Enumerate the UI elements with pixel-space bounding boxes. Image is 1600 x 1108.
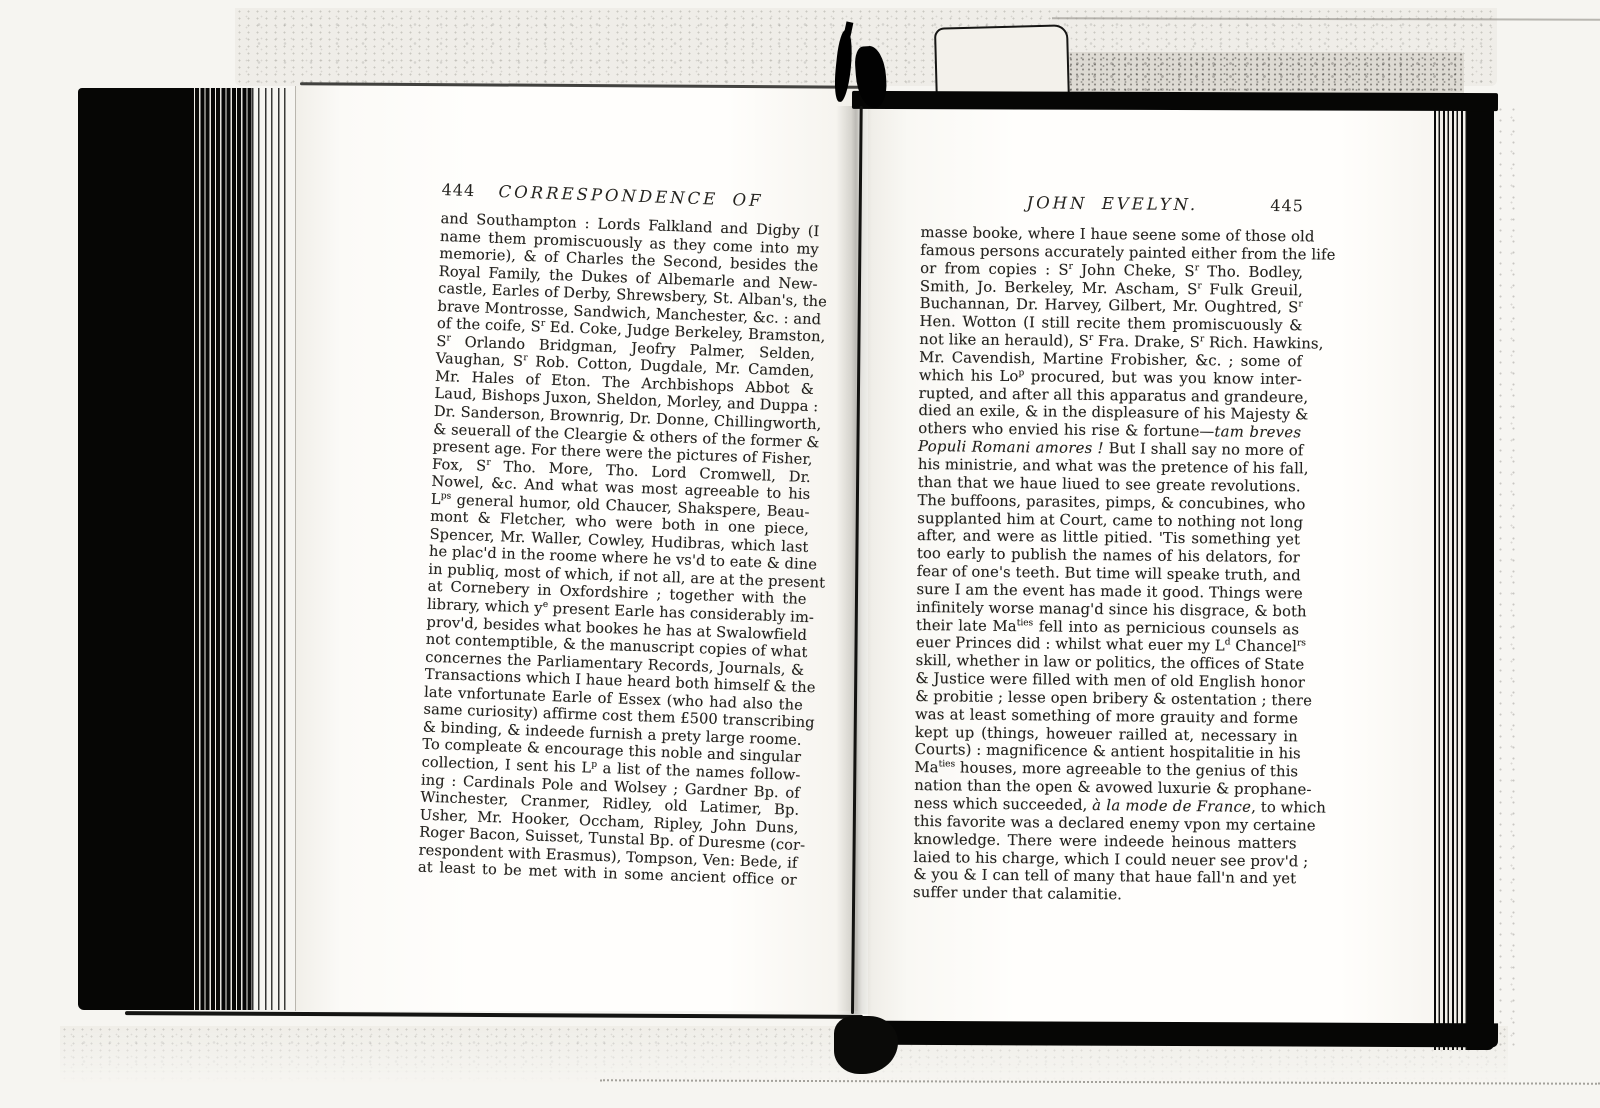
right-page-text: masse booke, where I haue seene some of … (913, 224, 1304, 906)
book-bottom-edge-line (125, 1011, 863, 1019)
right-page-header: JOHN EVELYN. 445 (921, 192, 1304, 216)
book-left-edge-fray (252, 88, 288, 1010)
right-page-number: 445 (1258, 196, 1304, 216)
book-right-edge-noise (1494, 104, 1522, 1050)
right-page-content: JOHN EVELYN. 445 masse booke, where I ha… (913, 192, 1304, 906)
left-page-content: 444 CORRESPONDENCE OF and Southampton : … (418, 180, 821, 890)
right-header-spacer (921, 207, 967, 208)
book-right-edge-streaks (1434, 104, 1467, 1050)
book-left-edge-core (78, 88, 190, 1010)
book-right-edge-bar (1467, 104, 1494, 1050)
book-top-edge-bar (852, 91, 1498, 111)
book-left-edge-streaks (190, 88, 252, 1010)
left-header-spacer (774, 207, 820, 209)
left-page-text: and Southampton : Lords Falkland and Dig… (418, 210, 820, 890)
book-bottom-edge-bar (848, 1021, 1498, 1048)
right-running-header: JOHN EVELYN. (967, 193, 1258, 215)
left-page-number: 444 (441, 180, 488, 201)
book-right-page-edges (1434, 104, 1522, 1050)
scanned-book-spread: 444 CORRESPONDENCE OF and Southampton : … (0, 0, 1600, 1108)
book-left-page-edges (78, 88, 288, 1010)
